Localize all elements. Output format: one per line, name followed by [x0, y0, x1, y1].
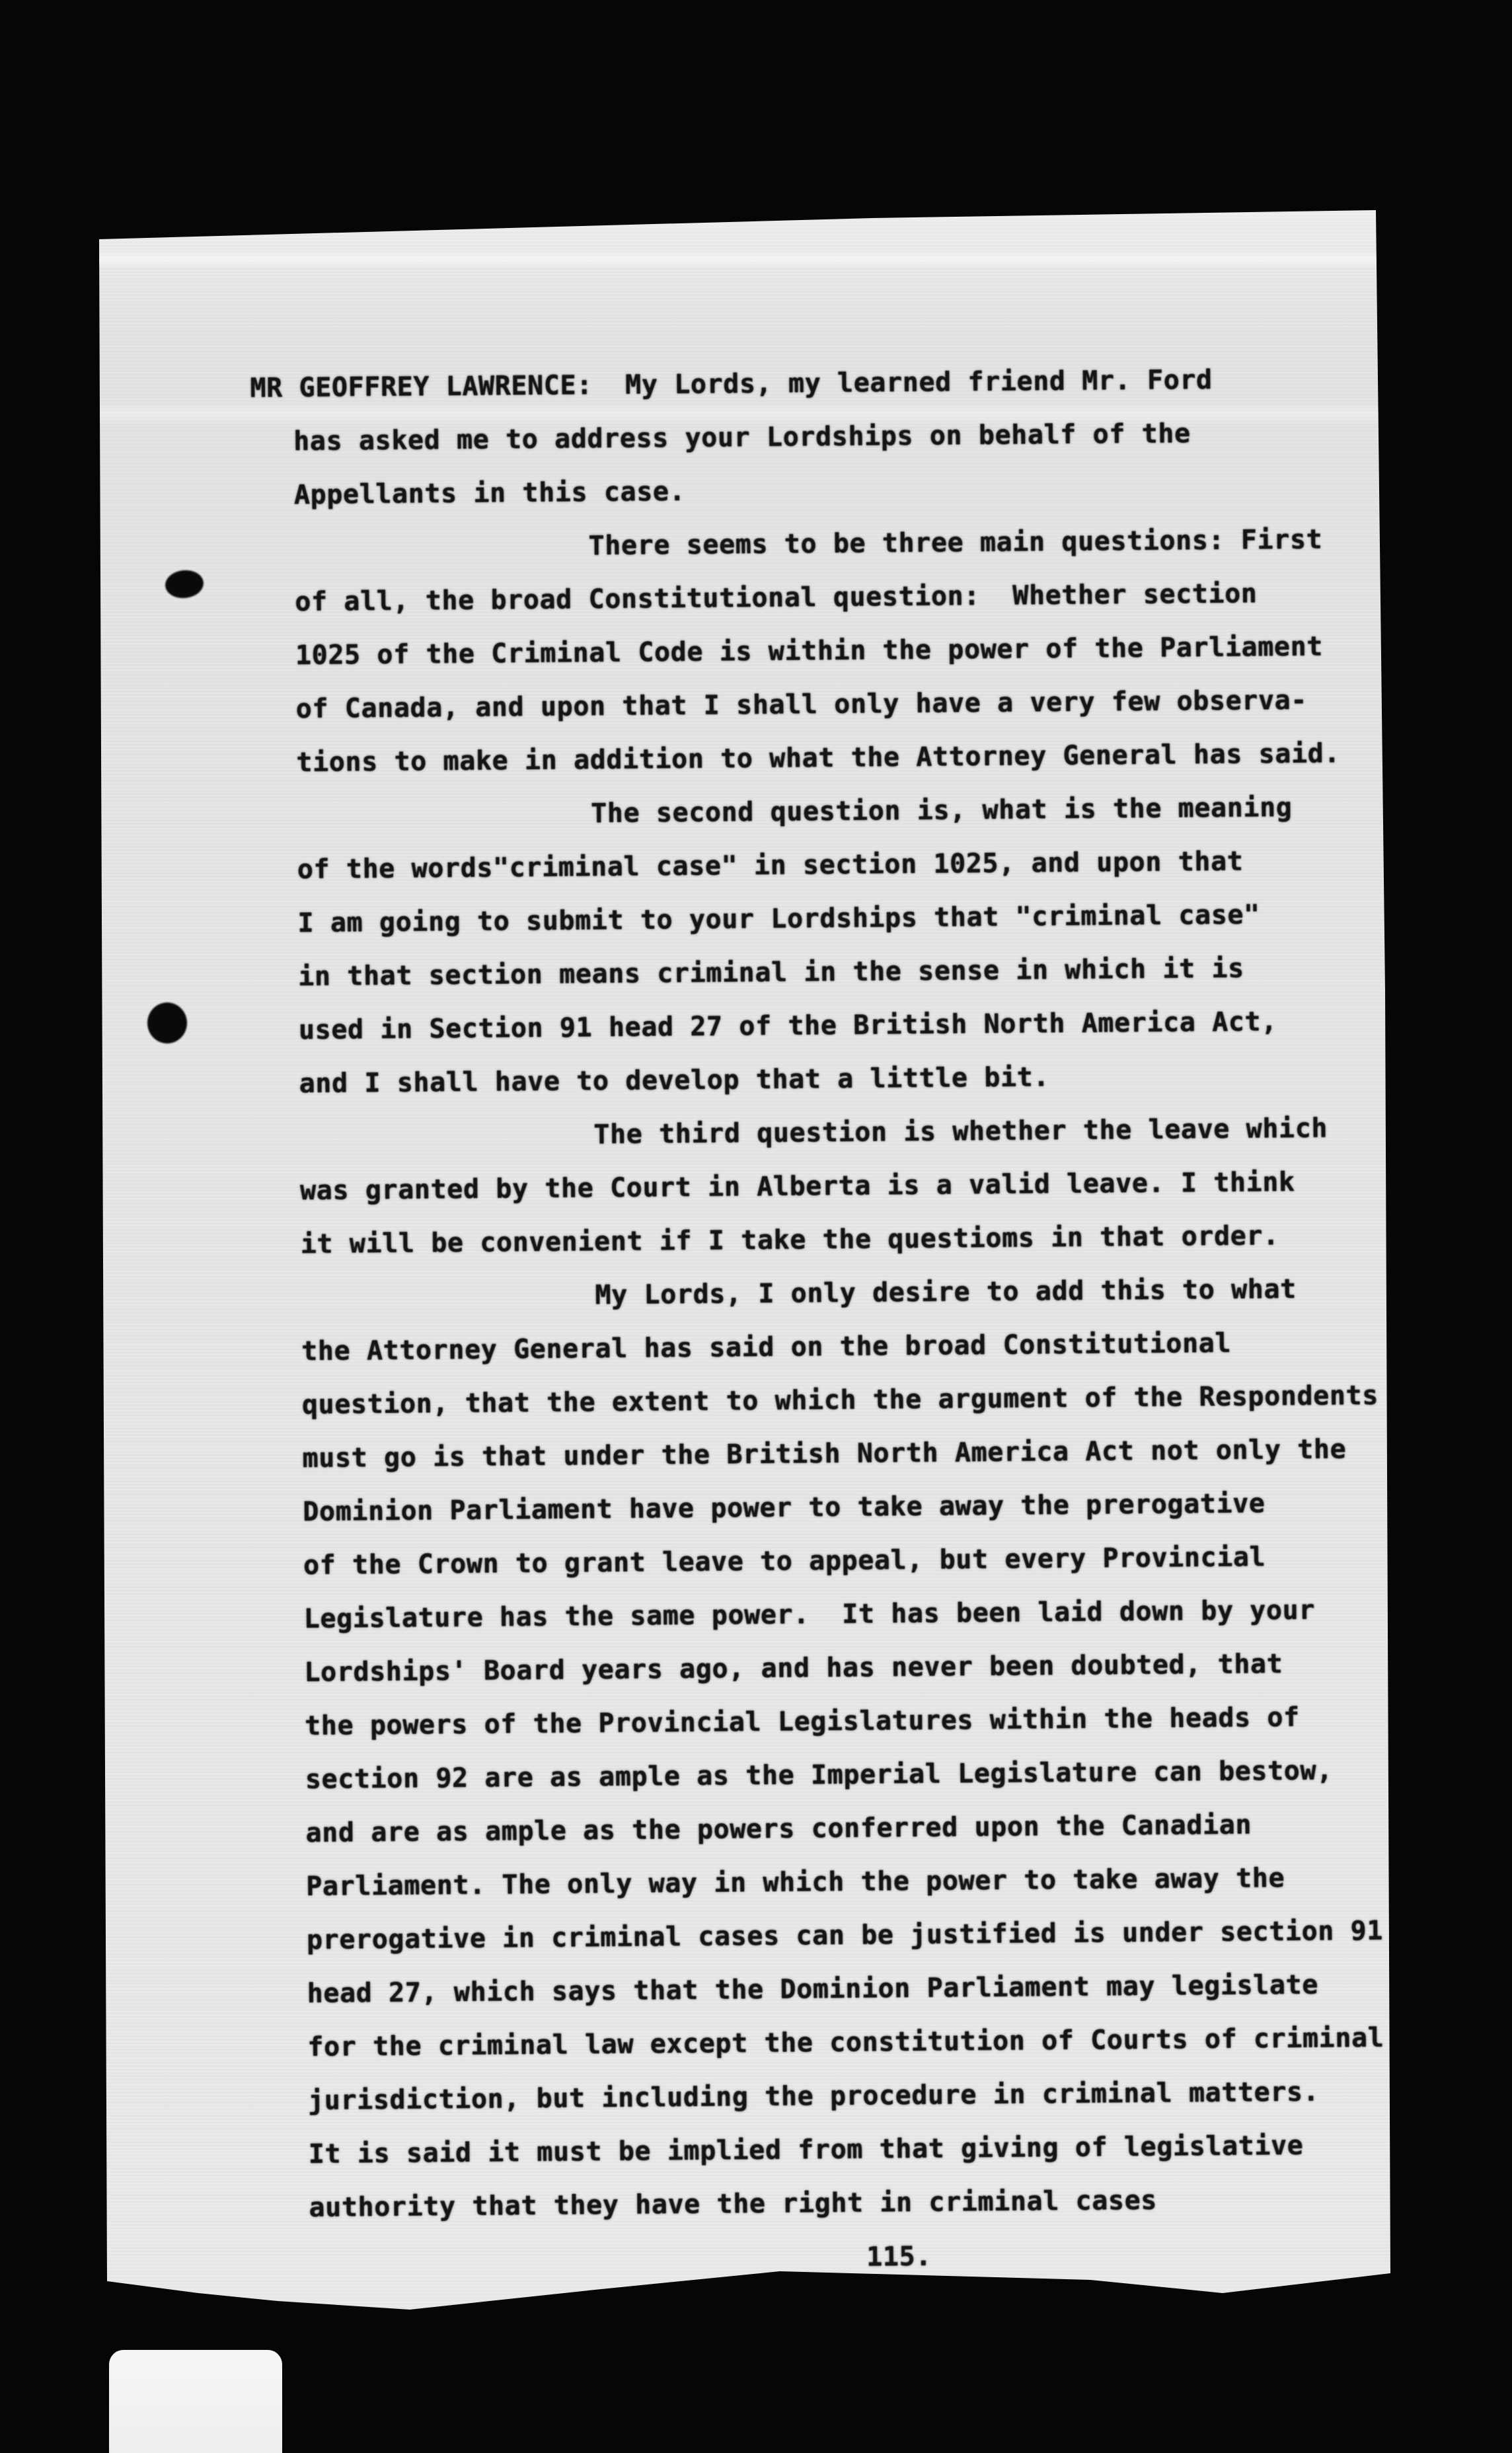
transcript-line: in that section means criminal in the se…	[298, 954, 1244, 991]
transcript-line: The second question is, what is the mean…	[591, 793, 1293, 828]
transcript-line: I am going to submit to your Lordships t…	[297, 900, 1260, 938]
transcript-line: has asked me to address your Lordships o…	[293, 419, 1191, 456]
transcript-line: and I shall have to develop that a littl…	[299, 1063, 1050, 1098]
transcript-line: The third question is whether the leave …	[593, 1114, 1328, 1150]
transcript-line: of Canada, and upon that I shall only ha…	[296, 686, 1308, 724]
transcript-line: authority that they have the right in cr…	[309, 2186, 1157, 2222]
transcript-line: of the Crown to grant leave to appeal, b…	[303, 1542, 1266, 1580]
transcript-line: It is said it must be implied from that …	[309, 2131, 1304, 2169]
transcript-line: tions to make in addition to what the At…	[296, 739, 1340, 777]
transcript-line: MR GEOFFREY LAWRENCE: My Lords, my learn…	[250, 365, 1213, 403]
transcript-line: for the criminal law except the constitu…	[307, 2023, 1384, 2062]
transcript-line: head 27, which says that the Dominion Pa…	[307, 1971, 1319, 2008]
transcript-line: the powers of the Provincial Legislature…	[305, 1703, 1300, 1741]
transcript-line: Lordships' Board years ago, and has neve…	[304, 1649, 1283, 1687]
transcript-line: Legislature has the same power. It has b…	[304, 1596, 1316, 1634]
transcript-line: Dominion Parliament have power to take a…	[303, 1489, 1266, 1527]
transcript-line: the Attorney General has said on the bro…	[301, 1329, 1231, 1366]
transcript-line: 1025 of the Criminal Code is within the …	[295, 632, 1323, 671]
transcript-line: it will be convenient if I take the ques…	[301, 1221, 1279, 1259]
transcript-line: of all, the broad Constitutional questio…	[295, 579, 1258, 617]
transcript-line: section 92 are as ample as the Imperial …	[305, 1756, 1333, 1795]
transcript-line: was granted by the Court in Alberta is a…	[300, 1168, 1295, 1205]
transcript-line: Parliament. The only way in which the po…	[306, 1864, 1285, 1901]
transcript-line: used in Section 91 head 27 of the Britis…	[299, 1007, 1277, 1045]
transcript-line: must go is that under the British North …	[302, 1435, 1346, 1473]
transcript-line: My Lords, I only desire to add this to w…	[595, 1275, 1297, 1310]
scanned-page-photograph: MR GEOFFREY LAWRENCE: My Lords, my learn…	[0, 0, 1512, 2453]
ink-blot-bottom	[147, 1002, 187, 1043]
transcript-line: question, that the extent to which the a…	[302, 1381, 1379, 1419]
bottom-left-paper-tab	[109, 2350, 282, 2453]
page-number: 115.	[866, 2242, 932, 2273]
transcript-line: of the words"criminal case" in section 1…	[297, 847, 1244, 884]
transcript-line: jurisdiction, but including the procedur…	[308, 2078, 1320, 2115]
transcript-line: Appellants in this case.	[294, 477, 686, 509]
transcript-line: prerogative in criminal cases can be jus…	[307, 1916, 1383, 1955]
typewritten-text-block: MR GEOFFREY LAWRENCE: My Lords, my learn…	[90, 206, 1400, 2320]
transcript-line: There seems to be three main questions: …	[588, 525, 1322, 561]
document-page: MR GEOFFREY LAWRENCE: My Lords, my learn…	[99, 210, 1390, 2313]
transcript-line: and are as ample as the powers conferred…	[305, 1811, 1252, 1848]
